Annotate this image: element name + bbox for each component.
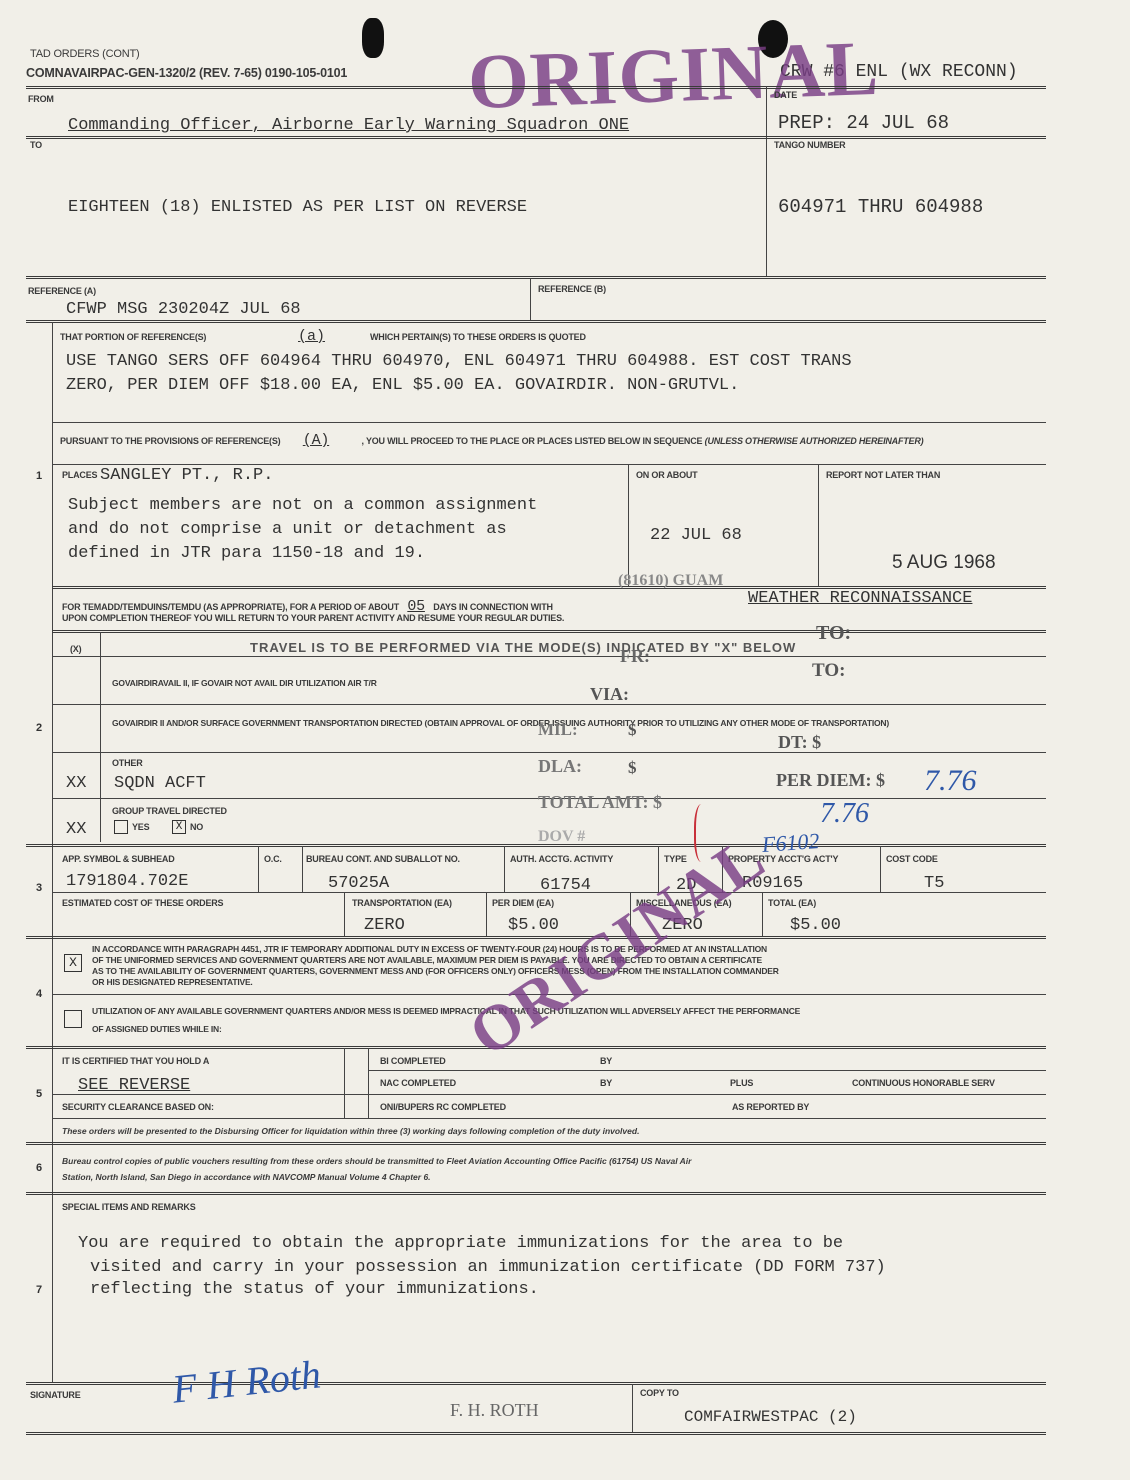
pursuant-text: PURSUANT TO THE PROVISIONS OF REFERENCE(…: [60, 432, 923, 449]
col-oc: O.C.: [264, 854, 282, 864]
certified-label: IT IS CERTIFIED THAT YOU HOLD A: [62, 1056, 209, 1066]
para4b-line2: OF ASSIGNED DUTIES WHILE IN:: [92, 1024, 222, 1034]
punch-hole-left: [362, 18, 384, 58]
tango-value: 604971 THRU 604988: [778, 196, 983, 218]
from-value: Commanding Officer, Airborne Early Warni…: [68, 116, 629, 135]
col-cost-code: COST CODE: [886, 854, 938, 864]
para4-line3: AS TO THE AVAILABILITY OF GOVERNMENT QUA…: [92, 966, 779, 976]
other-value: SQDN ACFT: [114, 774, 206, 793]
group-yes-checkbox[interactable]: [114, 820, 128, 834]
section-number-4: 4: [36, 988, 42, 1000]
val-cost-code: T5: [924, 874, 944, 893]
impractical-checkbox[interactable]: [64, 1010, 82, 1028]
col-app-symbol: APP. SYMBOL & SUBHEAD: [62, 854, 175, 864]
group-no-label: NO: [190, 822, 203, 832]
nac-by-label: BY: [600, 1078, 612, 1088]
pursuant-ref: (a): [283, 432, 359, 449]
reported-by-label: AS REPORTED BY: [732, 1102, 809, 1112]
section6-line1: Bureau control copies of public vouchers…: [62, 1156, 691, 1166]
section-number-7: 7: [36, 1284, 42, 1296]
signature-label: SIGNATURE: [30, 1390, 81, 1400]
pursuant-text-3: (Unless otherwise authorized hereinafter…: [705, 436, 924, 446]
section-number-1: 1: [36, 470, 42, 482]
remarks-line2: visited and carry in your possession an …: [90, 1258, 886, 1277]
form-number: COMNAVAIRPAC-GEN-1320/2 (REV. 7-65) 0190…: [26, 66, 347, 80]
group-no-checkbox[interactable]: X: [172, 820, 186, 834]
quoted-line-1: USE TANGO SERS OFF 604964 THRU 604970, E…: [66, 352, 852, 371]
cost-val-transportation: ZERO: [364, 916, 405, 935]
portion-label-2: WHICH PERTAIN(S) TO THESE ORDERS IS QUOT…: [370, 332, 586, 342]
quarters-certificate-checkbox[interactable]: X: [64, 954, 82, 972]
oni-label: ONI/BUPERS RC COMPLETED: [380, 1102, 506, 1112]
section-number-3: 3: [36, 882, 42, 894]
cost-val-total: $5.00: [790, 916, 841, 935]
cost-col-transportation: TRANSPORTATION (ea): [352, 898, 452, 908]
certified-value: SEE REVERSE: [78, 1076, 190, 1095]
period-text-2: DAYS IN CONNECTION WITH: [433, 602, 553, 612]
total-amt-handwritten: 7.76: [820, 798, 869, 830]
col-auth-acctg: AUTH. ACCTG. ACTIVITY: [510, 854, 613, 864]
places-label: PLACES: [62, 470, 97, 480]
signature-handwritten: F H Roth: [170, 1350, 323, 1412]
cost-col-per-diem: PER DIEM (ea): [492, 898, 554, 908]
copy-to-label: COPY TO: [640, 1388, 679, 1398]
completion-text: UPON COMPLETION THEREOF YOU WILL RETURN …: [62, 613, 564, 623]
nac-completed-label: NAC COMPLETED: [380, 1078, 456, 1088]
connection-value: WEATHER RECONNAISSANCE: [748, 589, 972, 608]
stamp-total-amt: TOTAL AMT: $: [538, 792, 662, 813]
plus-label: PLUS: [730, 1078, 753, 1088]
on-or-about-label: ON OR ABOUT: [636, 470, 697, 480]
special-items-label: SPECIAL ITEMS AND REMARKS: [62, 1202, 196, 1212]
liquidation-note: These orders will be presented to the Di…: [62, 1126, 639, 1136]
remarks-line1: You are required to obtain the appropria…: [78, 1234, 843, 1253]
val-bureau-cont: 57025A: [328, 874, 389, 893]
stamp-via: VIA:: [590, 684, 629, 705]
to-value: EIGHTEEN (18) ENLISTED AS PER LIST ON RE…: [68, 198, 527, 217]
stamp-to: TO:: [812, 660, 845, 682]
continuous-service-label: CONTINUOUS HONORABLE SERV: [852, 1078, 995, 1088]
to-label: TO: [30, 140, 42, 150]
section-number-2: 2: [36, 722, 42, 734]
portion-ref: (a): [298, 328, 325, 345]
group-travel-mark: XX: [66, 820, 86, 839]
para4-line4: OR HIS DESIGNATED REPRESENTATIVE.: [92, 977, 253, 987]
other-label: OTHER: [112, 758, 143, 768]
section-number-6: 6: [36, 1162, 42, 1174]
date-value: PREP: 24 JUL 68: [778, 112, 949, 134]
val-app-symbol: 1791804.702E: [66, 872, 188, 891]
reference-a-label: REFERENCE (a): [28, 286, 96, 296]
cost-col-total: TOTAL (ea): [768, 898, 816, 908]
quoted-line-2: ZERO, PER DIEM OFF $18.00 EA, ENL $5.00 …: [66, 376, 739, 395]
bi-by-label: BY: [600, 1056, 612, 1066]
col-bureau-cont: BUREAU CONT. AND SUBALLOT NO.: [306, 854, 460, 864]
stamp-to-top: TO:: [816, 622, 851, 645]
places-note-3: defined in JTR para 1150-18 and 19.: [68, 544, 425, 563]
copy-to-value: COMFAIRWESTPAC (2): [684, 1408, 857, 1426]
per-diem-handwritten: 7.76: [924, 764, 977, 798]
stamp-dt: DT: $: [778, 732, 821, 753]
cost-val-per-diem: $5.00: [508, 916, 559, 935]
stamp-guam: (81610) GUAM: [618, 572, 723, 590]
on-or-about-value: 22 JUL 68: [650, 526, 742, 545]
remarks-line3: reflecting the status of your immunizati…: [90, 1280, 539, 1299]
group-yes-label: YES: [132, 822, 149, 832]
travel-header: TRAVEL IS TO BE PERFORMED VIA THE MODE(S…: [250, 640, 796, 655]
reference-a-value: CFWP MSG 230204Z JUL 68: [66, 300, 301, 319]
pursuant-text-1: PURSUANT TO THE PROVISIONS OF REFERENCE(…: [60, 436, 280, 446]
stamp-mil-dollar: $: [628, 720, 637, 740]
period-text-1: FOR TEMADD/TEMDUINS/TEMDU (as appropriat…: [62, 602, 399, 612]
travel-mode-govair: GOVAIRDIRAVAIL II, IF GOVAIR NOT AVAIL D…: [112, 678, 377, 688]
date-label: DATE: [774, 90, 797, 100]
section6-line2: Station, North Island, San Diego in acco…: [62, 1172, 431, 1182]
stamp-dla-dollar: $: [628, 758, 637, 778]
form-title: TAD ORDERS (Cont): [30, 48, 139, 60]
clearance-label: SECURITY CLEARANCE BASED ON:: [62, 1102, 214, 1112]
report-label: REPORT NOT LATER THAN: [826, 470, 940, 480]
group-travel-label: GROUP TRAVEL DIRECTED: [112, 806, 227, 816]
section-number-5: 5: [36, 1088, 42, 1100]
other-mark: XX: [66, 774, 86, 793]
from-label: FROM: [28, 94, 54, 104]
estimated-cost-label: ESTIMATED COST OF THESE ORDERS: [62, 898, 223, 908]
portion-label: THAT PORTION OF REFERENCE(S): [60, 332, 206, 342]
stamp-dov: DOV #: [538, 828, 585, 846]
bi-completed-label: BI COMPLETED: [380, 1056, 446, 1066]
stamp-mil: MIL:: [538, 720, 578, 740]
stamp-fr: FR:: [620, 646, 650, 667]
report-value: 5 AUG 1968: [892, 552, 996, 574]
places-note-2: and do not comprise a unit or detachment…: [68, 520, 507, 539]
places-value: SANGLEY PT., R.P.: [100, 466, 273, 485]
x-column-header: (X): [70, 644, 81, 654]
tango-label: TANGO NUMBER: [774, 140, 845, 150]
reference-b-label: REFERENCE (b): [538, 284, 606, 294]
signer-name: F. H. ROTH: [450, 1400, 539, 1421]
stamp-dla: DLA:: [538, 756, 582, 777]
stamp-per-diem: PER DIEM: $: [776, 770, 885, 791]
pursuant-text-2: , YOU WILL PROCEED TO THE PLACE OR PLACE…: [362, 436, 703, 446]
para4b-line1: UTILIZATION OF ANY AVAILABLE GOVERNMENT …: [92, 1006, 800, 1016]
places-note-1: Subject members are not on a common assi…: [68, 496, 537, 515]
